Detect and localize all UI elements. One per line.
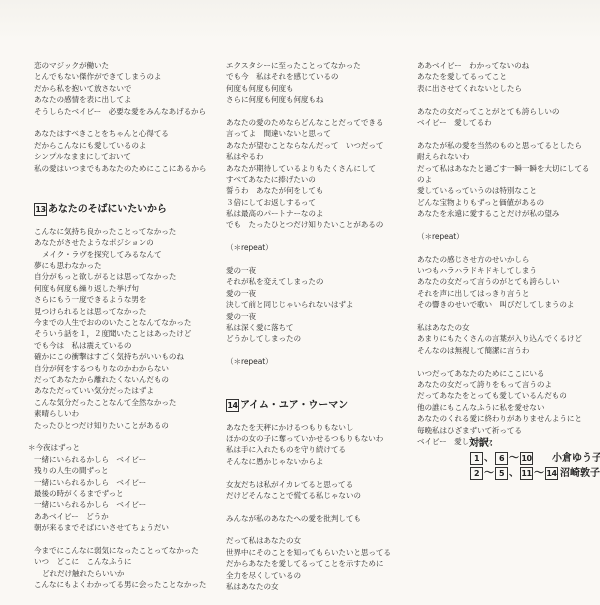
chorus: ＊今夜はずっと 一緒にいられるかしら ベイビー 残りの人生の間ずっと 一緒にいら… [34, 442, 214, 533]
stanza: エクスタシーに至ったことってなかった でも今 私はそれを感じているの 何度も何度… [226, 60, 401, 106]
lyric-line: シンプルなままにしておいて [34, 151, 214, 162]
separator: 〜 [509, 451, 519, 466]
lyric-line: 女友だちは私がイカレてると思ってる [226, 479, 401, 490]
lyric-line: でも今は 私は震えているの [34, 340, 214, 351]
stanza: あなたの愛のためならどんなことだってできる 言ってよ 間違いないと思って あなた… [226, 117, 401, 231]
lyric-line: 決して前と同じじゃいられないはずよ [226, 299, 401, 310]
stanza-gap [34, 533, 214, 544]
lyric-line: こんなにもよくわかってる男に会ったことなかった [34, 579, 214, 590]
lyric-line: あなたを愛してるってこと [417, 71, 597, 82]
lyric-line: あなたのくれる愛に終わりがありませんようにと [417, 413, 597, 424]
chorus-marker: ＊ [28, 443, 36, 452]
stanza-gap [417, 356, 597, 367]
stanza: 恋のマジックが働いた とんでもない傑作ができてしまうのよ だから私を抱いて放さな… [34, 60, 214, 117]
stanza: あなたはすべきことをちゃんと心得てる だからこんなにも愛しているのよ シンプルな… [34, 128, 214, 174]
track-number-badge: 14 [545, 467, 558, 480]
stanza: 女友だちは私がイカレてると思ってる だけどそんなことで慌てる私じゃないの [226, 479, 401, 502]
lyric-line: あなたの女だって誇りをもって言うのよ [417, 379, 597, 390]
lyric-line: でも今 私はそれを感じているの [226, 71, 401, 82]
lyric-line: あなたの女だって言うのがとても誇らしい [417, 276, 597, 287]
stanza-gap [226, 106, 401, 117]
stanza: あなたの女だってことがとても誇らしいの ベイビー 愛してるわ [417, 106, 597, 129]
song-title-14: 14 アイム・ユア・ウーマン [226, 398, 401, 414]
lyric-line: 一緒にいられるかしら ベイビー [34, 477, 214, 488]
lyric-line: こんなに気持ち良かったことってなかった [34, 226, 214, 237]
stanza-gap [417, 94, 597, 105]
lyrics-booklet-page: 恋のマジックが働いた とんでもない傑作ができてしまうのよ だから私を抱いて放さな… [0, 0, 600, 605]
lyric-line: あなたの女だってことがとても誇らしいの [417, 106, 597, 117]
song-title-13: 13 あなたのそばにいたいから [34, 202, 214, 218]
lyric-line: 私はあなたの女 [417, 322, 597, 333]
stanza: あなたを天秤にかけるつもりもないし ほかの女の子に奪っていかせるつもりもないわ … [226, 422, 401, 468]
lyric-line: 確かにこの衝撃はすごく気持ちがいいものね [34, 351, 214, 362]
lyric-line: 全力を尽くしているの [226, 570, 401, 581]
lyric-line: いつだってあなたのためにここにいる [417, 368, 597, 379]
lyric-line: 恋のマジックが働いた [34, 60, 214, 71]
lyric-line: 残りの人生の間ずっと [34, 465, 214, 476]
stanza: 私はあなたの女 あまりにもたくさんの言葉が入り込んでくるけど そんなのは無視して… [417, 322, 597, 356]
lyric-line: 私はあなたの女 [226, 581, 401, 592]
credits-row-1: 1 、 6 〜 10 小倉ゆう子 [469, 451, 600, 466]
lyric-line: ああベイビー わかってないのね [417, 60, 597, 71]
lyric-line: そうしらたベイビー 必要な愛をみんなあげるから [34, 106, 214, 117]
lyric-line: 言ってよ 間違いないと思って [226, 128, 401, 139]
translator-name: 沼崎敦子 [560, 466, 600, 481]
stanza: こんなに気持ち良かったことってなかった あなたがさせたようなポジションの メイク… [34, 226, 214, 431]
lyric-line: みんなが私のあなたへの愛を批判しても [226, 513, 401, 524]
lyric-line: 素晴らしいわ [34, 408, 214, 419]
chorus-first-line: ＊今夜はずっと [28, 442, 214, 453]
stanza: あなたが私の愛を当然のものと思ってるとしたら 耐えられないわ だって私はあなたと… [417, 140, 597, 220]
lyric-line: 自分がもっと欲しがるとは思ってなかった [34, 271, 214, 282]
middle-column: エクスタシーに至ったことってなかった でも今 私はそれを感じているの 何度も何度… [226, 60, 401, 592]
track-number-badge: 14 [226, 399, 239, 412]
lyric-line: 他の誰にもこんなふうに私を愛せない [417, 402, 597, 413]
lyric-line: あなたがさせたようなポジションの [34, 237, 214, 248]
stanza-gap [417, 311, 597, 322]
lyric-line: あなたを永遠に愛することだけが私の望み [417, 208, 597, 219]
lyric-line: あなただっていい気分だったはずよ [34, 385, 214, 396]
lyric-line: だからあなたを愛してるってことを示すために [226, 558, 401, 569]
lyric-line: ああベイビー どうか [34, 511, 214, 522]
lyric-line: 耐えられないわ [417, 151, 597, 162]
lyric-line: 私の愛はいつまでもあなたのためにここにあるから [34, 163, 214, 174]
lyric-line: とんでもない傑作ができてしまうのよ [34, 71, 214, 82]
lyric-line: だって私はあなたと過ごす一瞬一瞬を大切にしてる [417, 163, 597, 174]
lyric-line: メイク・ラヴを探究してみるなんて [34, 249, 214, 260]
separator: 、 [484, 451, 494, 466]
lyric-line: 私は深く愛に落ちて [226, 322, 401, 333]
song-title-text: あなたのそばにいたいから [48, 204, 167, 215]
lyric-line: 一緒にいられるかしら ベイビー [34, 499, 214, 510]
stanza-gap [34, 431, 214, 442]
lyric-line: 自分が何をするつもりなのかわからない [34, 363, 214, 374]
lyric-line: 何度も何度も繰り返した挙げ句 [34, 283, 214, 294]
lyric-line: でも たったひとつだけ知りたいことがあるの [226, 219, 401, 230]
stanza-gap [34, 117, 214, 128]
separator: 〜 [484, 466, 494, 481]
lyric-line: いつもハラハラドキドキしてしまう [417, 265, 597, 276]
lyric-line: 今までの人生でおののいたことなんてなかった [34, 317, 214, 328]
track-number-badge: 6 [495, 452, 508, 465]
lyric-line: 毎晩私はひざまずいて祈ってる [417, 425, 597, 436]
lyric-line: 私は手に入れたものを守り続けてる [226, 444, 401, 455]
lyric-line: 夢にも思わなかった [34, 260, 214, 271]
lyric-line: あなたの愛のためならどんなことだってできる [226, 117, 401, 128]
stanza: みんなが私のあなたへの愛を批判しても [226, 513, 401, 524]
lyric-line: 一緒にいられるかしら ベイビー [34, 454, 214, 465]
lyric-line: 愛の一夜 [226, 265, 401, 276]
stanza-gap [226, 467, 401, 478]
stanza-gap [417, 128, 597, 139]
lyric-line: 見つけられるとは思ってなかった [34, 306, 214, 317]
stanza-gap [226, 254, 401, 265]
stanza-gap [226, 524, 401, 535]
lyric-line: いつ どこに こんなふうに [34, 556, 214, 567]
repeat-marker: （＊repeat） [417, 231, 597, 242]
lyric-line: 私はやるわ [226, 151, 401, 162]
lyric-line: あなたはすべきことをちゃんと心得てる [34, 128, 214, 139]
lyric-line: 朝が来るまでそばにいさせてちょうだい [34, 522, 214, 533]
lyric-line: 愛の一夜 [226, 311, 401, 322]
lyric-line: すべてあなたに捧げたいの [226, 174, 401, 185]
track-number-badge: 5 [495, 467, 508, 480]
lyric-line: あなたの感情を表に出してよ [34, 94, 214, 105]
lyric-line: どれだけ触れたらいいか [34, 568, 214, 579]
lyric-line: あまりにもたくさんの言葉が入り込んでくるけど [417, 333, 597, 344]
stanza: だって私はあなたの女 世界中にそのことを知ってもらいたいと思ってる だからあなた… [226, 535, 401, 592]
lyric-line: ほかの女の子に奪っていかせるつもりもないわ [226, 433, 401, 444]
track-number-badge: 10 [520, 452, 533, 465]
lyric-line: だから私を抱いて放さないで [34, 83, 214, 94]
translation-credits: 対訳： 1 、 6 〜 10 小倉ゆう子 2 〜 5 、 11 〜 14 沼崎敦… [469, 436, 600, 481]
lyric-line: 誓うわ あなたが何をしても [226, 185, 401, 196]
lyric-line: あなたが望むことならなんだって いつだって [226, 140, 401, 151]
lyric-line: 私は最高のパートナーなのよ [226, 208, 401, 219]
stanza: ああベイビー わかってないのね あなたを愛してるってこと 表に出させてくれないと… [417, 60, 597, 94]
stanza: 愛の一夜 それが私を変えてしまったの 愛の一夜 決して前と同じじゃいられないはず… [226, 265, 401, 345]
lyric-line: その響きのせいで歌い 叫びだしてしまうのよ [417, 299, 597, 310]
left-column: 恋のマジックが働いた とんでもない傑作ができてしまうのよ だから私を抱いて放さな… [34, 60, 214, 590]
lyric-line: だけどそんなことで慌てる私じゃないの [226, 490, 401, 501]
lyric-line: 最後の時がくるまでずっと [34, 488, 214, 499]
lyric-line: こんな気分だったことなんて全然なかった [34, 397, 214, 408]
stanza: あなたの感じさせ方のせいかしら いつもハラハラドキドキしてしまう あなたの女だっ… [417, 254, 597, 311]
song-title-text: アイム・ユア・ウーマン [240, 400, 348, 411]
lyric-line: あなたの感じさせ方のせいかしら [417, 254, 597, 265]
credits-label-text: 対訳： [469, 436, 499, 451]
lyric-line: さらにもう一度できるような男を [34, 294, 214, 305]
lyric-line: だって私はあなたの女 [226, 535, 401, 546]
lyric-line: だってあなたをとっても愛しているんだもの [417, 390, 597, 401]
lyric-line: そんなに愚かじゃないからよ [226, 456, 401, 467]
lyric-line: どうかしてしまったの [226, 333, 401, 344]
lyric-line: どんな宝物よりもずっと価値があるの [417, 197, 597, 208]
stanza: 今までにこんなに弱気になったことってなかった いつ どこに こんなふうに どれだ… [34, 545, 214, 591]
lyric-line: さらに何度も何度も何度もね [226, 94, 401, 105]
separator: 、 [509, 466, 519, 481]
lyric-line: あなたが私の愛を当然のものと思ってるとしたら [417, 140, 597, 151]
lyric-line: それを声に出してはっきり言うと [417, 288, 597, 299]
translator-name: 小倉ゆう子 [552, 451, 600, 466]
lyric-line: ３倍にしてお返しするって [226, 197, 401, 208]
lyric-line: 今夜はずっと [36, 443, 81, 452]
lyric-line: 世界中にそのことを知ってもらいたいと思ってる [226, 547, 401, 558]
stanza-gap [226, 345, 401, 356]
lyric-line: のよ [417, 174, 597, 185]
lyric-line: そういう話を１，２度聞いたことはあったけど [34, 328, 214, 339]
lyric-line: それが私を変えてしまったの [226, 276, 401, 287]
lyric-line: だってあなたから離れたくないんだもの [34, 374, 214, 385]
lyric-line: 何度も何度も何度も [226, 83, 401, 94]
lyric-line: 愛の一夜 [226, 288, 401, 299]
track-number-badge: 11 [520, 467, 533, 480]
stanza-gap [226, 231, 401, 242]
repeat-marker: （＊repeat） [226, 356, 401, 367]
separator: 〜 [534, 466, 544, 481]
lyric-line: ベイビー 愛してるわ [417, 117, 597, 128]
stanza-gap [417, 219, 597, 230]
stanza-gap [226, 501, 401, 512]
lyric-line: あなたを天秤にかけるつもりもないし [226, 422, 401, 433]
lyric-line: 今までにこんなに弱気になったことってなかった [34, 545, 214, 556]
lyric-line: 愛しているっていうのは特別なこと [417, 185, 597, 196]
lyric-line: エクスタシーに至ったことってなかった [226, 60, 401, 71]
repeat-marker: （＊repeat） [226, 242, 401, 253]
lyric-line: そんなのは無視して簡潔に言うわ [417, 345, 597, 356]
track-number-badge: 13 [34, 203, 47, 216]
lyric-line: だからこんなにも愛しているのよ [34, 140, 214, 151]
track-number-badge: 1 [470, 452, 483, 465]
credits-label: 対訳： [469, 436, 600, 451]
lyric-line: あなたが期待しているよりもたくさんにして [226, 163, 401, 174]
credits-row-2: 2 〜 5 、 11 〜 14 沼崎敦子 [469, 466, 600, 481]
track-number-badge: 2 [470, 467, 483, 480]
stanza-gap [417, 242, 597, 253]
lyric-line: たったひとつだけ知りたいことがあるの [34, 420, 214, 431]
lyric-line: 表に出させてくれないとしたら [417, 83, 597, 94]
right-column: ああベイビー わかってないのね あなたを愛してるってこと 表に出させてくれないと… [417, 60, 597, 447]
